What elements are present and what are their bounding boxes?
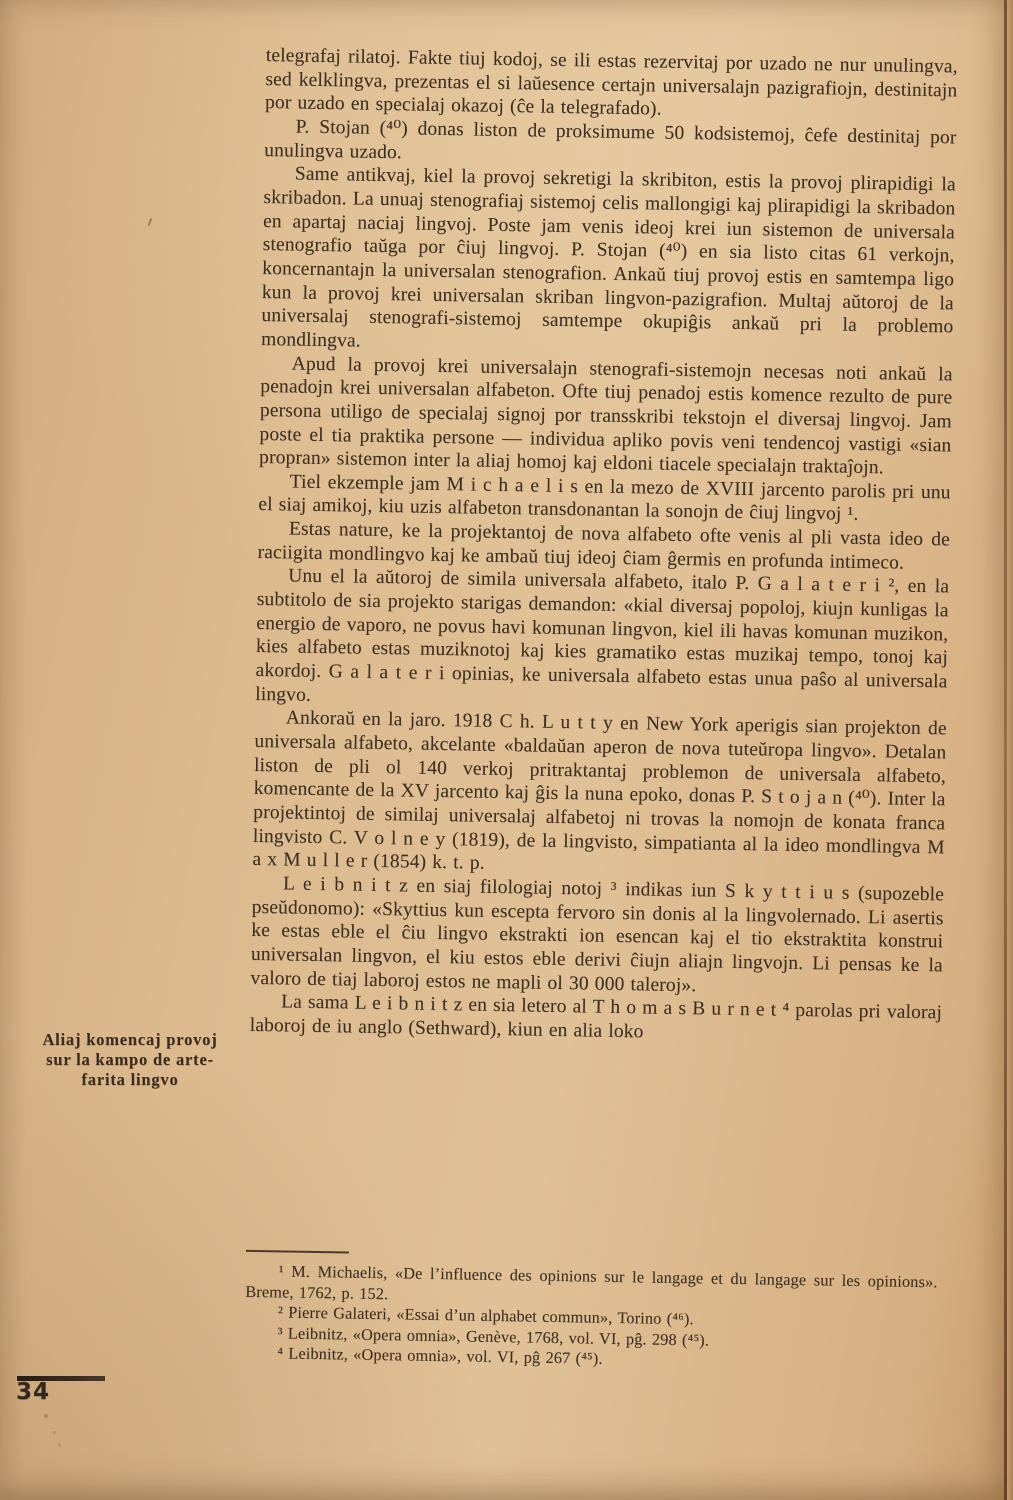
paragraph: Unu el la aŭtoroj de simila universala a… [255, 564, 949, 717]
scan-smudge [44, 1414, 48, 1418]
book-page: telegrafaj rilatoj. Fakte tiuj kodoj, se… [0, 0, 1013, 1500]
paragraph: Same antikvaj, kiel la provoj sekretigi … [261, 162, 956, 363]
paragraph: Ankoraŭ en la jaro. 1918 C h. L u t t y … [252, 706, 947, 883]
margin-note: Aliaj komencaj provoj sur la kampo de ar… [22, 1030, 238, 1090]
footnotes-block: ¹ M. Michaelis, «De l’influence des opin… [244, 1250, 938, 1375]
footnote-separator [246, 1250, 349, 1254]
page-number: 34 [16, 1381, 50, 1404]
main-text-column: telegrafaj rilatoj. Fakte tiuj kodoj, se… [242, 44, 957, 1475]
margin-note-line: farita lingvo [22, 1070, 238, 1090]
margin-note-line: sur la kampo de arte- [22, 1050, 238, 1070]
paragraph-continuation: telegrafaj rilatoj. Fakte tiuj kodoj, se… [265, 44, 958, 126]
scan-smudge [58, 1443, 61, 1447]
paragraph: Apud la provoj krei universalajn stenogr… [259, 351, 953, 481]
page-edge [1007, 0, 1013, 1500]
paragraph: L e i b n i t z en siaj filologiaj notoj… [250, 872, 944, 1002]
scan-fleck [148, 218, 153, 226]
margin-note-line: Aliaj komencaj provoj [22, 1030, 238, 1050]
paragraph: La sama L e i b n i t z en sia letero al… [250, 990, 943, 1049]
scan-smudge [53, 1431, 56, 1434]
